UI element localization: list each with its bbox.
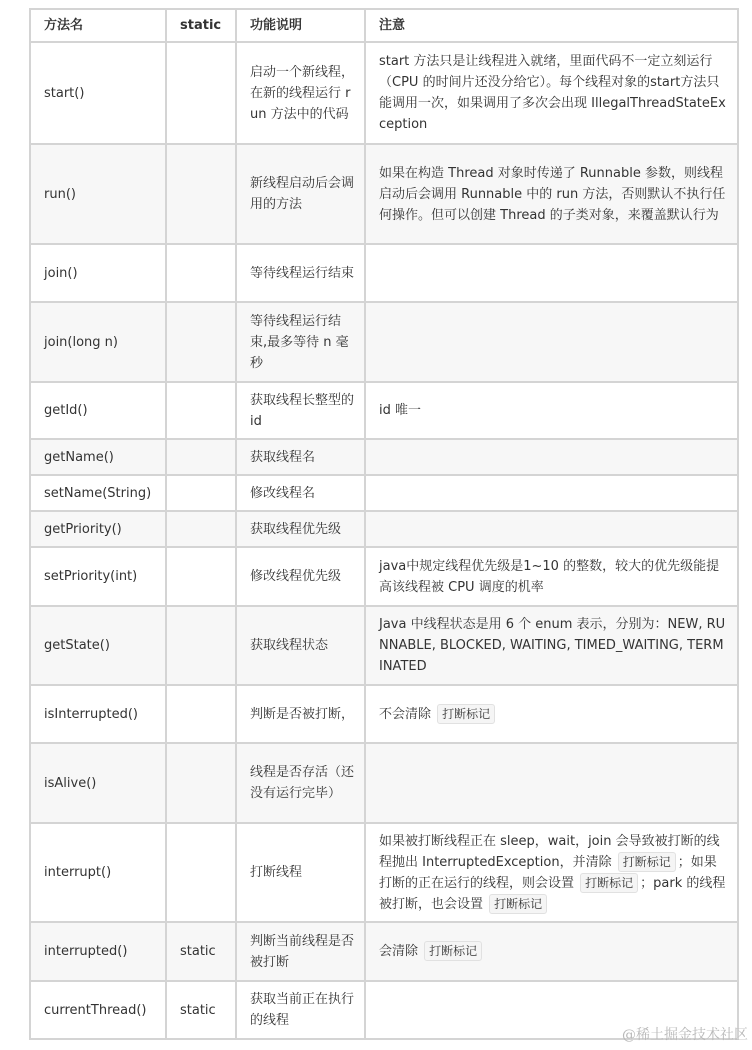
table-row: isAlive()线程是否存活（还没有运行完毕） <box>30 743 738 823</box>
table-row: setPriority(int)修改线程优先级java中规定线程优先级是1~10… <box>30 547 738 606</box>
function-description-cell: 获取线程长整型的 id <box>236 382 365 439</box>
inline-code-interrupt-flag: 打断标记 <box>437 704 495 724</box>
note-cell <box>365 743 738 823</box>
note-cell: start 方法只是让线程进入就绪，里面代码不一定立刻运行（CPU 的时间片还没… <box>365 42 738 144</box>
note-text: 不会清除 <box>379 707 435 722</box>
table-body: start()启动一个新线程，在新的线程运行 run 方法中的代码start 方… <box>30 42 738 1039</box>
static-cell: static <box>166 922 236 981</box>
static-cell <box>166 42 236 144</box>
inline-code-interrupt-flag: 打断标记 <box>580 873 638 893</box>
method-name-cell: run() <box>30 144 166 244</box>
function-description-cell: 等待线程运行结束,最多等待 n 毫秒 <box>236 302 365 382</box>
function-description-cell: 修改线程优先级 <box>236 547 365 606</box>
note-cell <box>365 244 738 302</box>
static-cell <box>166 511 236 547</box>
static-cell <box>166 475 236 511</box>
table-row: isInterrupted()判断是否被打断，不会清除 打断标记 <box>30 685 738 743</box>
inline-code-interrupt-flag: 打断标记 <box>618 852 676 872</box>
function-description-cell: 获取线程优先级 <box>236 511 365 547</box>
note-text: java中规定线程优先级是1~10 的整数，较大的优先级能提高该线程被 CPU … <box>379 559 719 595</box>
note-cell: 如果被打断线程正在 sleep，wait，join 会导致被打断的线程抛出 In… <box>365 823 738 922</box>
method-name-cell: join() <box>30 244 166 302</box>
note-text: 如果在构造 Thread 对象时传递了 Runnable 参数，则线程启动后会调… <box>379 166 725 223</box>
static-cell: static <box>166 981 236 1039</box>
method-name-cell: isInterrupted() <box>30 685 166 743</box>
function-description-cell: 获取线程名 <box>236 439 365 475</box>
header-function: 功能说明 <box>236 9 365 42</box>
note-text: 会清除 <box>379 944 422 959</box>
function-description-cell: 线程是否存活（还没有运行完毕） <box>236 743 365 823</box>
note-cell <box>365 475 738 511</box>
static-cell <box>166 144 236 244</box>
function-description-cell: 判断当前线程是否被打断 <box>236 922 365 981</box>
function-description-cell: 新线程启动后会调用的方法 <box>236 144 365 244</box>
method-name-cell: interrupted() <box>30 922 166 981</box>
inline-code-interrupt-flag: 打断标记 <box>424 941 482 961</box>
static-cell <box>166 244 236 302</box>
table-row: join()等待线程运行结束 <box>30 244 738 302</box>
function-description-cell: 判断是否被打断， <box>236 685 365 743</box>
method-name-cell: getId() <box>30 382 166 439</box>
header-static: static <box>166 9 236 42</box>
method-name-cell: getState() <box>30 606 166 685</box>
inline-code-interrupt-flag: 打断标记 <box>489 894 547 914</box>
note-cell <box>365 511 738 547</box>
table-header-row: 方法名 static 功能说明 注意 <box>30 9 738 42</box>
function-description-cell: 等待线程运行结束 <box>236 244 365 302</box>
function-description-cell: 启动一个新线程，在新的线程运行 run 方法中的代码 <box>236 42 365 144</box>
table-row: getName()获取线程名 <box>30 439 738 475</box>
method-name-cell: setName(String) <box>30 475 166 511</box>
static-cell <box>166 547 236 606</box>
note-cell: java中规定线程优先级是1~10 的整数，较大的优先级能提高该线程被 CPU … <box>365 547 738 606</box>
thread-methods-table-container: 方法名 static 功能说明 注意 start()启动一个新线程，在新的线程运… <box>29 8 737 1040</box>
note-cell <box>365 302 738 382</box>
method-name-cell: start() <box>30 42 166 144</box>
function-description-cell: 获取当前正在执行的线程 <box>236 981 365 1039</box>
note-text: start 方法只是让线程进入就绪，里面代码不一定立刻运行（CPU 的时间片还没… <box>379 54 726 132</box>
static-cell <box>166 382 236 439</box>
note-cell: 会清除 打断标记 <box>365 922 738 981</box>
function-description-cell: 获取线程状态 <box>236 606 365 685</box>
static-cell <box>166 743 236 823</box>
method-name-cell: currentThread() <box>30 981 166 1039</box>
note-text: Java 中线程状态是用 6 个 enum 表示，分别为：NEW, RUNNAB… <box>379 617 725 674</box>
table-row: getId()获取线程长整型的 idid 唯一 <box>30 382 738 439</box>
note-cell: Java 中线程状态是用 6 个 enum 表示，分别为：NEW, RUNNAB… <box>365 606 738 685</box>
method-name-cell: interrupt() <box>30 823 166 922</box>
static-cell <box>166 439 236 475</box>
table-row: getState()获取线程状态Java 中线程状态是用 6 个 enum 表示… <box>30 606 738 685</box>
note-cell <box>365 439 738 475</box>
method-name-cell: setPriority(int) <box>30 547 166 606</box>
table-row: join(long n)等待线程运行结束,最多等待 n 毫秒 <box>30 302 738 382</box>
table-row: setName(String)修改线程名 <box>30 475 738 511</box>
note-cell: id 唯一 <box>365 382 738 439</box>
table-row: start()启动一个新线程，在新的线程运行 run 方法中的代码start 方… <box>30 42 738 144</box>
method-name-cell: isAlive() <box>30 743 166 823</box>
note-cell: 如果在构造 Thread 对象时传递了 Runnable 参数，则线程启动后会调… <box>365 144 738 244</box>
static-cell <box>166 685 236 743</box>
static-cell <box>166 823 236 922</box>
method-name-cell: join(long n) <box>30 302 166 382</box>
site-watermark: @稀土掘金技术社区 <box>622 1024 748 1044</box>
table-row: interrupt()打断线程如果被打断线程正在 sleep，wait，join… <box>30 823 738 922</box>
table-row: getPriority()获取线程优先级 <box>30 511 738 547</box>
table-row: run()新线程启动后会调用的方法如果在构造 Thread 对象时传递了 Run… <box>30 144 738 244</box>
note-cell: 不会清除 打断标记 <box>365 685 738 743</box>
function-description-cell: 打断线程 <box>236 823 365 922</box>
function-description-cell: 修改线程名 <box>236 475 365 511</box>
method-name-cell: getName() <box>30 439 166 475</box>
table-row: interrupted()static判断当前线程是否被打断会清除 打断标记 <box>30 922 738 981</box>
static-cell <box>166 606 236 685</box>
header-note: 注意 <box>365 9 738 42</box>
static-cell <box>166 302 236 382</box>
header-method-name: 方法名 <box>30 9 166 42</box>
note-text: id 唯一 <box>379 403 421 418</box>
thread-methods-table: 方法名 static 功能说明 注意 start()启动一个新线程，在新的线程运… <box>29 8 739 1040</box>
method-name-cell: getPriority() <box>30 511 166 547</box>
